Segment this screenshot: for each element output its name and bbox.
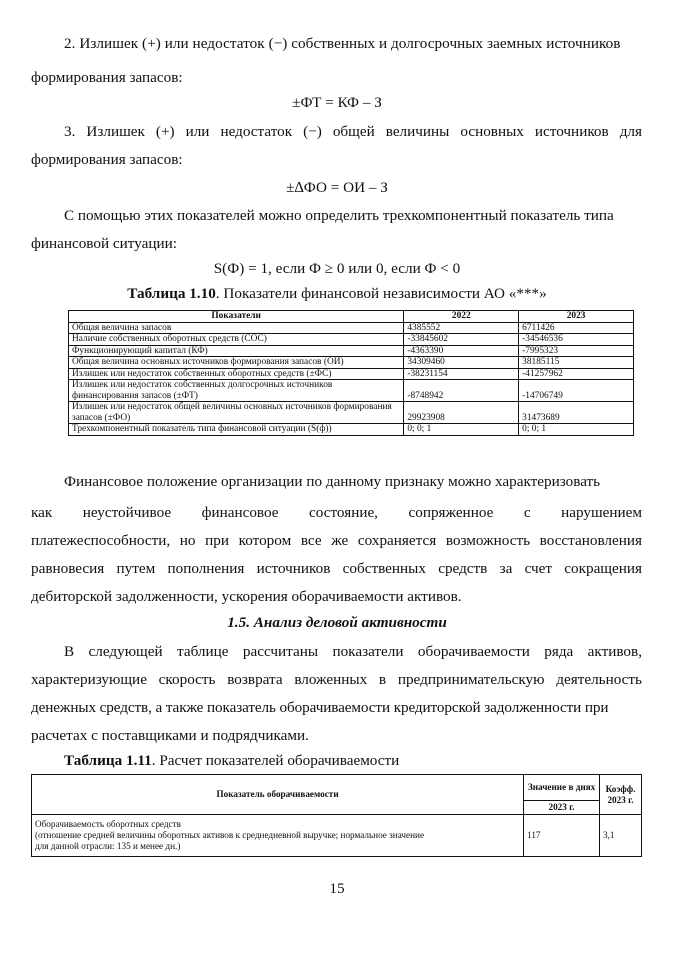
table-row: Трехкомпонентный показатель типа финансо…	[69, 424, 634, 436]
para-s-line2: финансовой ситуации:	[31, 235, 177, 253]
value-2022: 4385552	[404, 322, 519, 334]
formula-s: S(Ф) = 1, если Ф ≥ 0 или 0, если Ф < 0	[0, 260, 674, 278]
value-2023: -14706749	[519, 380, 634, 402]
table11-header-days: Значение в днях	[524, 775, 600, 801]
para-3-line2: формирования запасов:	[31, 151, 183, 169]
value-coef: 3,1	[600, 815, 642, 857]
formula-ft: ±ФТ = КФ – З	[0, 94, 674, 112]
table10-header-2022: 2022	[404, 311, 519, 323]
section-para-line-1: В следующей таблице рассчитаны показател…	[64, 643, 642, 661]
value-2022: -4363390	[404, 345, 519, 357]
para-2-line2: формирования запасов:	[31, 69, 183, 87]
value-days: 117	[524, 815, 600, 857]
section-para-line-3: денежных средств, а также показатель обо…	[31, 699, 608, 717]
row-label: Функционирующий капитал (КФ)	[69, 345, 404, 357]
table10-caption: Таблица 1.10. Показатели финансовой неза…	[0, 285, 674, 303]
table-row: Излишек или недостаток собственных оборо…	[69, 368, 634, 380]
row-label-line-2: (отношение средней величины оборотных ак…	[35, 830, 520, 841]
row-label: Наличие собственных оборотных средств (С…	[69, 334, 404, 346]
financial-independence-table: Показатели 2022 2023 Общая величина запа…	[68, 310, 634, 436]
value-2023: 31473689	[519, 402, 634, 424]
value-2022: -8748942	[404, 380, 519, 402]
para-s-line1: С помощью этих показателей можно определ…	[64, 207, 614, 225]
conclusion-line-5: дебиторской задолженности, ускорения обо…	[31, 588, 462, 606]
table10-caption-number: Таблица 1.10	[127, 285, 216, 302]
value-2023: -7995323	[519, 345, 634, 357]
table10-header-2023: 2023	[519, 311, 634, 323]
table11-caption: Таблица 1.11. Расчет показателей оборачи…	[64, 752, 399, 770]
value-2022: 34309460	[404, 357, 519, 369]
para-3-line1: 3. Излишек (+) или недостаток (−) общей …	[64, 123, 642, 141]
value-2023: -34546536	[519, 334, 634, 346]
row-label: Излишек или недостаток собственных долго…	[69, 380, 404, 402]
table10-caption-text: . Показатели финансовой независимости АО…	[216, 285, 547, 302]
table-row: Общая величина запасов43855526711426	[69, 322, 634, 334]
section-heading: 1.5. Анализ деловой активности	[0, 614, 674, 632]
table-row: Функционирующий капитал (КФ)-4363390-799…	[69, 345, 634, 357]
row-label-line-3: для данной отрасли: 135 и менее дн.)	[35, 841, 520, 852]
row-label-line-1: Оборачиваемость оборотных средств	[35, 819, 520, 830]
conclusion-line-4: равновесия путем пополнения источников с…	[31, 560, 642, 578]
formula-fo: ±∆ФО = ОИ – З	[0, 179, 674, 197]
value-2022: 29923908	[404, 402, 519, 424]
section-para-line-2: характеризующие скорость возврата вложен…	[31, 671, 642, 689]
conclusion-line-3: платежеспособности, но при котором все ж…	[31, 532, 642, 550]
row-label: Излишек или недостаток собственных оборо…	[69, 368, 404, 380]
value-2023: -41257962	[519, 368, 634, 380]
table-row: Излишек или недостаток общей величины ос…	[69, 402, 634, 424]
row-label: Общая величина основных источников форми…	[69, 357, 404, 369]
table11-caption-text: . Расчет показателей оборачиваемости	[152, 752, 400, 769]
value-2023: 38185115	[519, 357, 634, 369]
table-row: Оборачиваемость оборотных средств (отнош…	[32, 815, 642, 857]
table11-caption-number: Таблица 1.11	[64, 752, 152, 769]
row-label: Трехкомпонентный показатель типа финансо…	[69, 424, 404, 436]
section-para-line-4: расчетах с поставщиками и подрядчиками.	[31, 727, 309, 745]
table-row: Наличие собственных оборотных средств (С…	[69, 334, 634, 346]
value-2023: 6711426	[519, 322, 634, 334]
row-label: Излишек или недостаток общей величины ос…	[69, 402, 404, 424]
table-row: Общая величина основных источников форми…	[69, 357, 634, 369]
row-label: Общая величина запасов	[69, 322, 404, 334]
value-2022: -33845602	[404, 334, 519, 346]
value-2022: 0; 0; 1	[404, 424, 519, 436]
page-number: 15	[0, 880, 674, 898]
row-label: Оборачиваемость оборотных средств (отнош…	[32, 815, 524, 857]
value-2023: 0; 0; 1	[519, 424, 634, 436]
table11-header-days-year: 2023 г.	[524, 801, 600, 815]
table-row: Излишек или недостаток собственных долго…	[69, 380, 634, 402]
conclusion-line-1: Финансовое положение организации по данн…	[64, 473, 600, 491]
table10-header-indicator: Показатели	[69, 311, 404, 323]
table11-header-indicator: Показатель оборачиваемости	[32, 775, 524, 815]
conclusion-line-2: как неустойчивое финансовое состояние, с…	[31, 504, 642, 522]
turnover-table: Показатель оборачиваемости Значение в дн…	[31, 774, 642, 857]
table11-header-coef: Коэфф. 2023 г.	[600, 775, 642, 815]
value-2022: -38231154	[404, 368, 519, 380]
para-2-line1: 2. Излишек (+) или недостаток (−) собств…	[64, 35, 621, 53]
